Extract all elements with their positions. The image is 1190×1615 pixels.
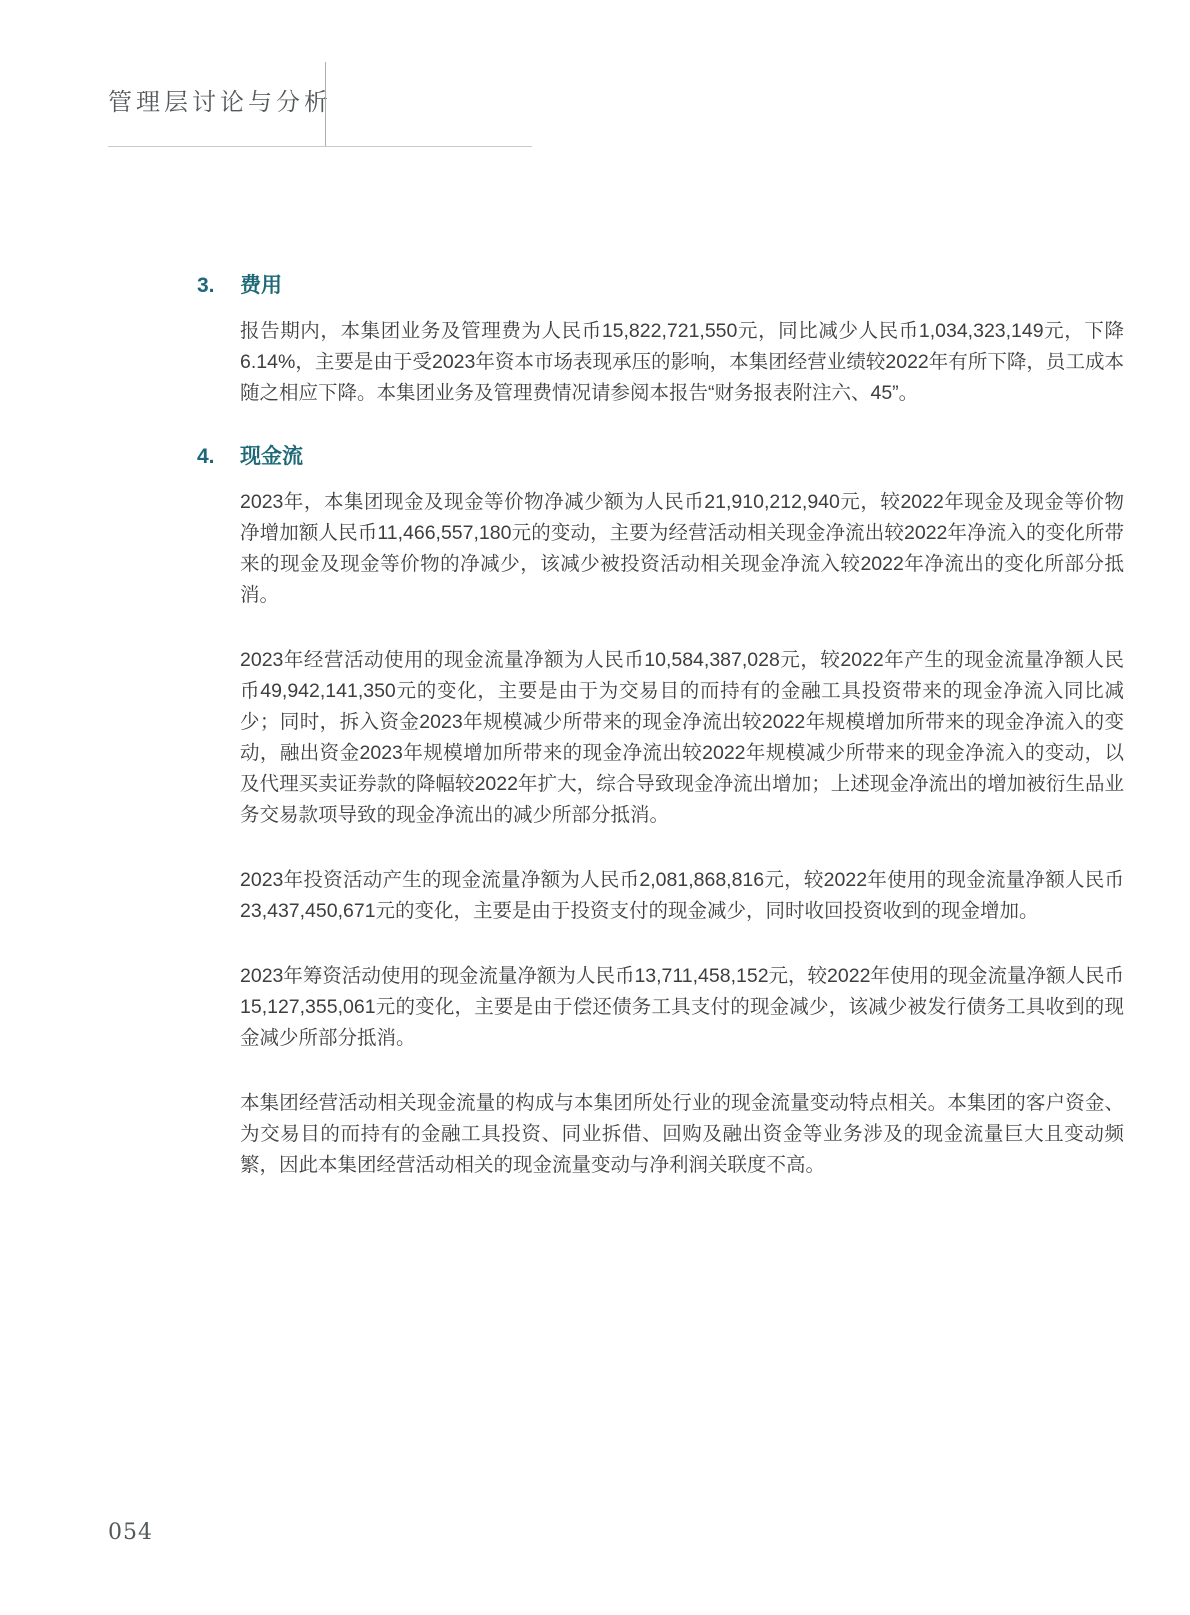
paragraph: 2023年经营活动使用的现金流量净额为人民币10,584,387,028元，较2… (240, 645, 1124, 831)
section-heading: 3. 费用 (197, 272, 1127, 300)
section-heading: 4. 现金流 (197, 443, 1127, 471)
section-number: 4. (197, 443, 240, 471)
header-vertical-divider (325, 62, 326, 146)
section-title: 现金流 (240, 443, 303, 471)
paragraph: 本集团经营活动相关现金流量的构成与本集团所处行业的现金流量变动特点相关。本集团的… (240, 1088, 1124, 1181)
section-title: 费用 (240, 272, 282, 300)
paragraph: 报告期内，本集团业务及管理费为人民币15,822,721,550元，同比减少人民… (240, 316, 1124, 409)
chapter-title: 管理层讨论与分析 (108, 82, 332, 117)
header-horizontal-rule (108, 146, 532, 147)
paragraph: 2023年筹资活动使用的现金流量净额为人民币13,711,458,152元，较2… (240, 961, 1124, 1054)
paragraph: 2023年，本集团现金及现金等价物净减少额为人民币21,910,212,940元… (240, 487, 1124, 611)
section-expenses: 3. 费用 报告期内，本集团业务及管理费为人民币15,822,721,550元，… (197, 272, 1127, 409)
paragraph: 2023年投资活动产生的现金流量净额为人民币2,081,868,816元，较20… (240, 865, 1124, 927)
document-body: 3. 费用 报告期内，本集团业务及管理费为人民币15,822,721,550元，… (197, 272, 1127, 1215)
page-number: 054 (108, 1520, 153, 1545)
section-number: 3. (197, 272, 240, 300)
section-cash-flow: 4. 现金流 2023年，本集团现金及现金等价物净减少额为人民币21,910,2… (197, 443, 1127, 1181)
